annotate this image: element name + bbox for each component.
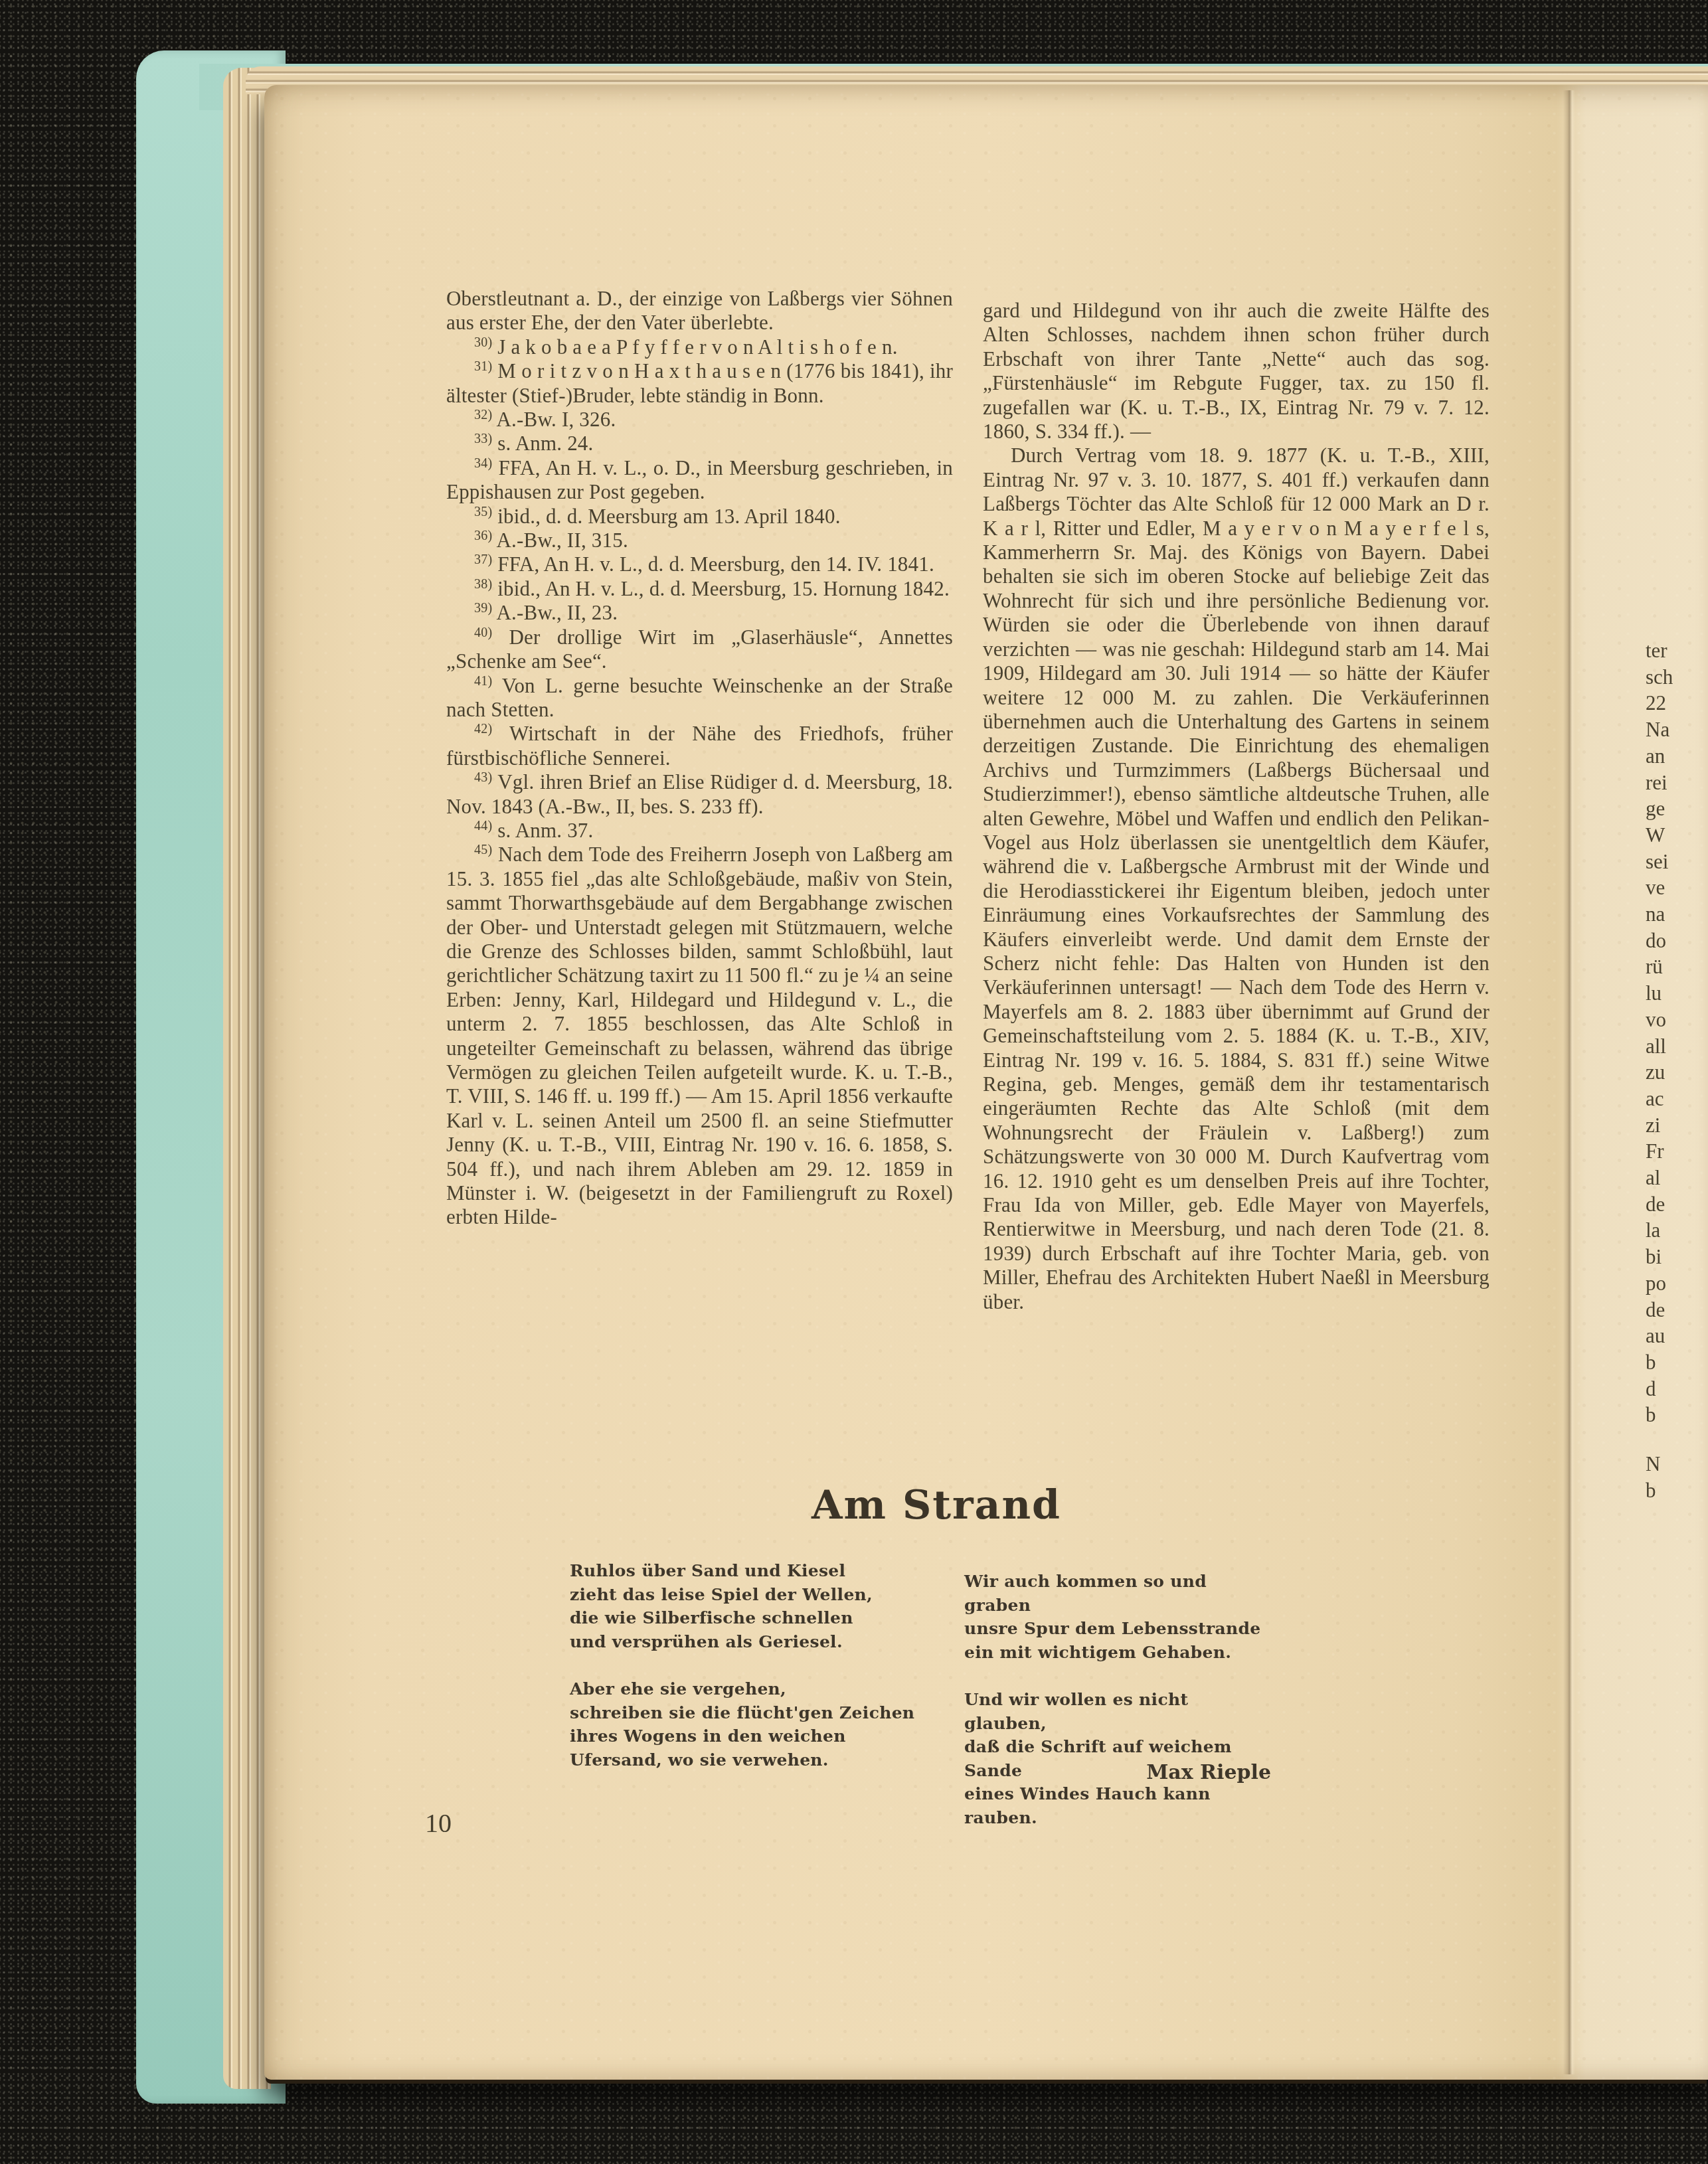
- poem-line: Aber ehe sie vergehen,: [570, 1677, 982, 1701]
- fragment-line: sei: [1646, 850, 1668, 874]
- poem-line: ein mit wichtigem Gehaben.: [964, 1641, 1276, 1665]
- fragment-line: po: [1646, 1272, 1666, 1295]
- fragment-line: N: [1646, 1452, 1660, 1476]
- poem-line: Ufersand, wo sie verwehen.: [570, 1748, 982, 1772]
- footnote-43: 43) Vgl. ihren Brief an Elise Rüdiger d.…: [446, 770, 953, 819]
- poem-line: Wir auch kommen so und graben: [964, 1570, 1276, 1617]
- footnote-32: 32) A.-Bw. I, 326.: [446, 408, 953, 432]
- footnote-40: 40) Der drollige Wirt im „Glaserhäusle“,…: [446, 625, 953, 674]
- fragment-line: b: [1646, 1351, 1656, 1374]
- fragment-line: W: [1646, 823, 1665, 847]
- poem-line: unsre Spur dem Lebensstrande: [964, 1617, 1276, 1641]
- poem-line: eines Windes Hauch kann rauben.: [964, 1782, 1276, 1829]
- fragment-line: vo: [1646, 1008, 1666, 1032]
- footnote-31: 31) M o r i t z v o n H a x t h a u s e …: [446, 359, 953, 408]
- footnote-42: 42) Wirtschaft in der Nähe des Friedhofs…: [446, 722, 953, 770]
- paragraph: Durch Vertrag vom 18. 9. 1877 (K. u. T.-…: [983, 444, 1490, 1314]
- fragment-line: do: [1646, 929, 1666, 953]
- fragment-line: rü: [1646, 955, 1663, 979]
- poem-stanza: Ruhlos über Sand und Kieselzieht das lei…: [570, 1559, 982, 1653]
- poem-line: zieht das leise Spiel der Wellen,: [570, 1583, 982, 1607]
- poem-title: Am Strand: [764, 1482, 1109, 1529]
- fragment-line: Na: [1646, 718, 1669, 742]
- footnote-45: 45) Nach dem Tode des Freiherrn Joseph v…: [446, 843, 953, 1230]
- footnote-38: 38) ibid., An H. v. L., d. d. Meersburg,…: [446, 577, 953, 601]
- footnote-37: 37) FFA, An H. v. L., d. d. Meersburg, d…: [446, 552, 953, 576]
- fragment-line: al: [1646, 1166, 1660, 1190]
- fragment-line: zi: [1646, 1114, 1660, 1137]
- poem-line: Und wir wollen es nicht glauben,: [964, 1688, 1276, 1735]
- poem-column-left: Ruhlos über Sand und Kieselzieht das lei…: [570, 1559, 982, 1772]
- poem-line: ihres Wogens in den weichen: [570, 1724, 982, 1748]
- fragment-line: lu: [1646, 981, 1662, 1005]
- poem-column-right: Wir auch kommen so und grabenunsre Spur …: [964, 1570, 1276, 1830]
- poem-stanza: Aber ehe sie vergehen,schreiben sie die …: [570, 1677, 982, 1772]
- poem-stanza: Wir auch kommen so und grabenunsre Spur …: [964, 1570, 1276, 1664]
- fragment-line: ve: [1646, 876, 1665, 900]
- fragment-line: ge: [1646, 797, 1665, 821]
- fragment-line: Fr: [1646, 1139, 1664, 1163]
- footnote-36: 36) A.-Bw., II, 315.: [446, 529, 953, 552]
- page-gutter-crease: [1563, 90, 1575, 2074]
- fragment-line: na: [1646, 902, 1665, 926]
- fragment-line: d: [1646, 1377, 1656, 1401]
- fragment-line: sch: [1646, 665, 1673, 689]
- footnotes-column-left: Oberstleutnant a. D., der einzige von La…: [446, 287, 953, 1230]
- intro-paragraph: Oberstleutnant a. D., der einzige von La…: [446, 287, 953, 335]
- fragment-line: zu: [1646, 1060, 1665, 1084]
- fragment-line: de: [1646, 1193, 1665, 1216]
- poem-line: die wie Silberfische schnellen: [570, 1606, 982, 1630]
- fragment-line: la: [1646, 1218, 1660, 1242]
- footnote-35: 35) ibid., d. d. Meersburg am 13. April …: [446, 505, 953, 529]
- facing-page-fragments: tersch22NaanreigeWseivenadorüluvoallzuac…: [1640, 85, 1708, 2080]
- page-number: 10: [425, 1807, 452, 1839]
- poem-line: schreiben sie die flücht'gen Zeichen: [570, 1701, 982, 1725]
- footnote-34: 34) FFA, An H. v. L., o. D., in Meersbur…: [446, 456, 953, 505]
- fragment-line: ac: [1646, 1087, 1664, 1111]
- fragment-line: ter: [1646, 639, 1667, 663]
- fragment-line: b: [1646, 1479, 1656, 1503]
- footnotes-column-right: gard und Hildegund von ihr auch die zwei…: [983, 299, 1490, 1314]
- fragment-line: an: [1646, 744, 1665, 768]
- footnote-33: 33) s. Anm. 24.: [446, 432, 953, 456]
- fragment-line: rei: [1646, 771, 1667, 795]
- poem-stanza: Und wir wollen es nicht glauben,daß die …: [964, 1688, 1276, 1830]
- paragraph: gard und Hildegund von ihr auch die zwei…: [983, 299, 1490, 444]
- footnote-39: 39) A.-Bw., II, 23.: [446, 601, 953, 625]
- fragment-line: bi: [1646, 1245, 1662, 1269]
- book-page: Oberstleutnant a. D., der einzige von La…: [264, 85, 1708, 2080]
- poem-line: Ruhlos über Sand und Kiesel: [570, 1559, 982, 1583]
- fragment-line: b: [1646, 1403, 1656, 1427]
- fragment-line: de: [1646, 1298, 1665, 1322]
- fragment-line: all: [1646, 1035, 1666, 1058]
- poem-author: Max Rieple: [964, 1761, 1271, 1784]
- footnote-44: 44) s. Anm. 37.: [446, 819, 953, 843]
- poem-line: und versprühen als Geriesel.: [570, 1630, 982, 1654]
- fragment-line: 22: [1646, 691, 1666, 715]
- footnote-30: 30) J a k o b a e a P f y f f e r v o n …: [446, 335, 953, 359]
- footnote-41: 41) Von L. gerne besuchte Weinschenke an…: [446, 674, 953, 722]
- footnote-list: 30) J a k o b a e a P f y f f e r v o n …: [446, 335, 953, 1230]
- fragment-line: au: [1646, 1324, 1665, 1348]
